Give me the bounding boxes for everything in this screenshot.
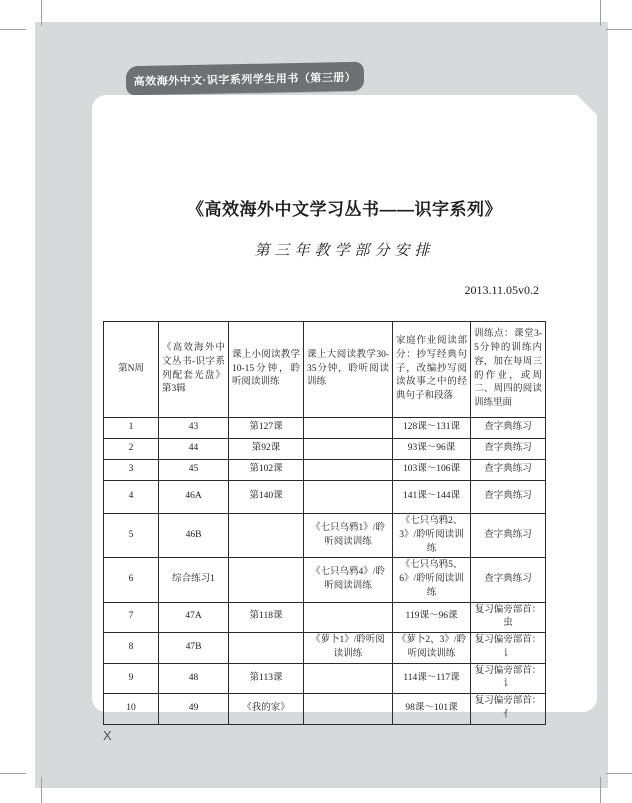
crop-mark-top-left-v — [41, 0, 42, 26]
table-cell — [304, 481, 393, 514]
table-cell: 第92课 — [229, 439, 304, 460]
table-cell — [229, 514, 304, 558]
table-cell: 复习偏旁部首：亻 — [471, 694, 546, 725]
table-cell: 48 — [159, 663, 229, 694]
table-cell: 6 — [104, 558, 159, 602]
table-head: 第N周《高效海外中文丛书-识字系列配套光盘》第3辑课上小阅读教学10-15分钟，… — [104, 322, 546, 418]
table-cell: 查字典练习 — [471, 514, 546, 558]
table-cell: 3 — [104, 460, 159, 481]
schedule-table: 第N周《高效海外中文丛书-识字系列配套光盘》第3辑课上小阅读教学10-15分钟，… — [103, 321, 546, 725]
series-banner-label: 高效海外中文·识字系列学生用书（第三册） — [134, 68, 357, 88]
table-cell: 综合练习1 — [159, 558, 229, 602]
table-cell: 第113课 — [229, 663, 304, 694]
table-cell: 查字典练习 — [471, 418, 546, 439]
table-cell: 查字典练习 — [471, 460, 546, 481]
table-cell: 1 — [104, 418, 159, 439]
table-header-row: 第N周《高效海外中文丛书-识字系列配套光盘》第3辑课上小阅读教学10-15分钟，… — [104, 322, 546, 418]
table-cell — [304, 439, 393, 460]
table-row: 6综合练习1《七只乌鸦4》/聆听阅读训练《七只乌鸦5、6》/聆听阅读训练查字典练… — [104, 558, 546, 602]
version-label: 2013.11.05v0.2 — [464, 283, 539, 298]
table-cell: 45 — [159, 460, 229, 481]
header-cell: 课上小阅读教学10-15分钟，聆听阅读训练 — [229, 322, 304, 418]
table-cell: 《我的家》 — [229, 694, 304, 725]
table-row: 143第127课128课～131课查字典练习 — [104, 418, 546, 439]
table-cell — [304, 663, 393, 694]
table-cell: 47A — [159, 602, 229, 633]
table-cell: 复习偏旁部首：虫 — [471, 602, 546, 633]
table-cell: 《萝卜1》/聆听阅读训练 — [304, 633, 393, 664]
table-cell — [304, 602, 393, 633]
table-cell: 4 — [104, 481, 159, 514]
table-body: 143第127课128课～131课查字典练习244第92课93课～96课查字典练… — [104, 418, 546, 725]
table-cell: 第102课 — [229, 460, 304, 481]
table-cell: 98课～101课 — [393, 694, 471, 725]
table-cell: 7 — [104, 602, 159, 633]
crop-mark-bottom-right-h — [606, 773, 632, 774]
folded-corner — [577, 95, 597, 115]
table-cell: 《七只乌鸦2、3》/聆听阅读训练 — [393, 514, 471, 558]
header-cell: 训练点：课堂3-5分钟的训练内容，加在每周三的作业，或周二、周四的阅读训练里面 — [471, 322, 546, 418]
table-cell: 第140课 — [229, 481, 304, 514]
table-cell — [304, 694, 393, 725]
table-cell: 46B — [159, 514, 229, 558]
table-cell: 复习偏旁部首：讠 — [471, 633, 546, 664]
table-row: 847B《萝卜1》/聆听阅读训练《萝卜2、3》/聆听阅读训练复习偏旁部首：讠 — [104, 633, 546, 664]
page-subtitle: 第三年教学部分安排 — [92, 239, 597, 260]
table-cell: 47B — [159, 633, 229, 664]
table-cell: 43 — [159, 418, 229, 439]
table-cell: 5 — [104, 514, 159, 558]
table-cell: 10 — [104, 694, 159, 725]
table-cell: 查字典练习 — [471, 481, 546, 514]
table-cell: 8 — [104, 633, 159, 664]
header-cell: 课上大阅读教学30-35分钟，聆听阅读训练 — [304, 322, 393, 418]
table-cell: 114课～117课 — [393, 663, 471, 694]
table-cell: 复习偏旁部首：讠 — [471, 663, 546, 694]
table-cell: 《七只乌鸦4》/聆听阅读训练 — [304, 558, 393, 602]
table-cell — [229, 633, 304, 664]
table-cell — [304, 460, 393, 481]
table-cell: 查字典练习 — [471, 439, 546, 460]
table-cell: 《七只乌鸦1》/聆听阅读训练 — [304, 514, 393, 558]
header-cell: 《高效海外中文丛书-识字系列配套光盘》第3辑 — [159, 322, 229, 418]
series-banner: 高效海外中文·识字系列学生用书（第三册） — [126, 62, 365, 96]
table-cell — [229, 558, 304, 602]
table-cell — [304, 418, 393, 439]
table-cell: 93课～96课 — [393, 439, 471, 460]
crop-mark-bottom-left-h — [0, 773, 26, 774]
table-cell: 9 — [104, 663, 159, 694]
table-cell: 128课～131课 — [393, 418, 471, 439]
header-cell: 第N周 — [104, 322, 159, 418]
crop-mark-top-right-v — [600, 0, 601, 26]
table-row: 546B《七只乌鸦1》/聆听阅读训练《七只乌鸦2、3》/聆听阅读训练查字典练习 — [104, 514, 546, 558]
table-cell: 《七只乌鸦5、6》/聆听阅读训练 — [393, 558, 471, 602]
content-card: 《高效海外中文学习丛书——识字系列》 第三年教学部分安排 2013.11.05v… — [92, 95, 597, 712]
table-cell: 119课～96课 — [393, 602, 471, 633]
table-row: 345第102课103课～106课查字典练习 — [104, 460, 546, 481]
page-title: 《高效海外中文学习丛书——识字系列》 — [92, 195, 597, 220]
table-cell: 第127课 — [229, 418, 304, 439]
crop-mark-top-left-h — [0, 29, 26, 30]
table-cell: 第118课 — [229, 602, 304, 633]
table-cell: 103课～106课 — [393, 460, 471, 481]
table-cell: 2 — [104, 439, 159, 460]
table-cell: 141课～144课 — [393, 481, 471, 514]
crop-mark-top-right-h — [606, 29, 632, 30]
table-cell: 《萝卜2、3》/聆听阅读训练 — [393, 633, 471, 664]
table-cell: 查字典练习 — [471, 558, 546, 602]
page-number: X — [103, 728, 112, 743]
crop-mark-bottom-left-v — [41, 777, 42, 803]
table-row: 446A第140课141课～144课查字典练习 — [104, 481, 546, 514]
table-row: 948第113课114课～117课复习偏旁部首：讠 — [104, 663, 546, 694]
table-cell: 44 — [159, 439, 229, 460]
table-row: 1049《我的家》98课～101课复习偏旁部首：亻 — [104, 694, 546, 725]
table-cell: 49 — [159, 694, 229, 725]
table-row: 244第92课93课～96课查字典练习 — [104, 439, 546, 460]
header-cell: 家庭作业阅读部分：抄写经典句子，改编抄写阅读故事之中的经典句子和段落 — [393, 322, 471, 418]
table-cell: 46A — [159, 481, 229, 514]
crop-mark-bottom-right-v — [600, 777, 601, 803]
table-row: 747A第118课119课～96课复习偏旁部首：虫 — [104, 602, 546, 633]
